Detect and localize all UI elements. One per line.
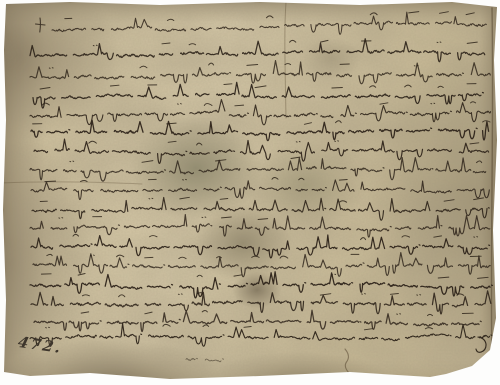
manuscript-art-layer <box>0 0 500 385</box>
parchment-paper: 472. <box>0 0 500 385</box>
manuscript-scan: 472. <box>0 0 500 385</box>
